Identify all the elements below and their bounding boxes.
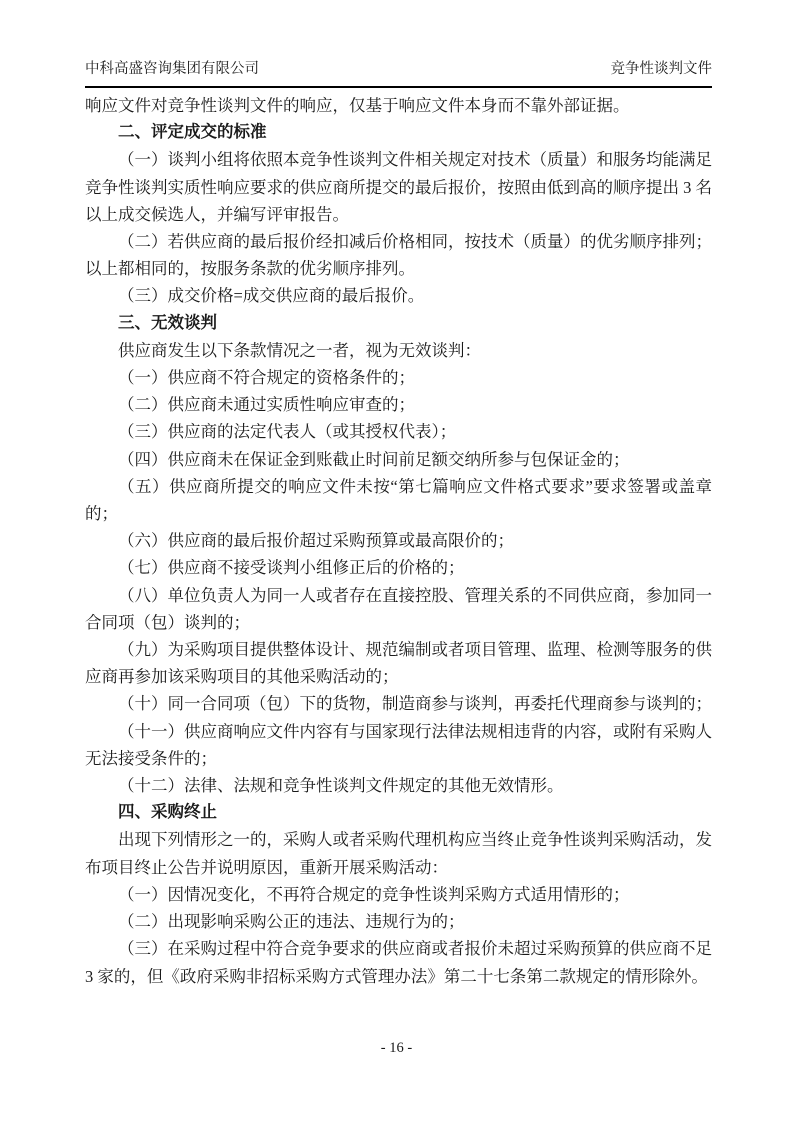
paragraph: （三）在采购过程中符合竞争要求的供应商或者报价未超过采购预算的供应商不足 3 家… <box>85 935 712 989</box>
page-footer: - 16 - <box>0 1040 793 1057</box>
paragraph: （九）为采购项目提供整体设计、规范编制或者项目管理、监理、检测等服务的供应商再参… <box>85 636 712 690</box>
paragraph: （十一）供应商响应文件内容有与国家现行法律法规相违背的内容，或附有采购人无法接受… <box>85 718 712 772</box>
paragraph: （七）供应商不接受谈判小组修正后的价格的； <box>85 554 712 581</box>
paragraph: 响应文件对竞争性谈判文件的响应，仅基于响应文件本身而不靠外部证据。 <box>85 92 712 119</box>
paragraph: （六）供应商的最后报价超过采购预算或最高限价的； <box>85 527 712 554</box>
paragraph: （一）供应商不符合规定的资格条件的； <box>85 364 712 391</box>
page-header: 中科高盛咨询集团有限公司 竞争性谈判文件 <box>85 58 712 88</box>
paragraph: （五）供应商所提交的响应文件未按“第七篇响应文件格式要求”要求签署或盖章的； <box>85 473 712 527</box>
paragraph: （八）单位负责人为同一人或者存在直接控股、管理关系的不同供应商，参加同一合同项（… <box>85 582 712 636</box>
header-doc-type: 竞争性谈判文件 <box>611 58 713 80</box>
paragraph: （三）供应商的法定代表人（或其授权代表）； <box>85 418 712 445</box>
header-company-name: 中科高盛咨询集团有限公司 <box>85 58 259 80</box>
paragraph: （十二）法律、法规和竞争性谈判文件规定的其他无效情形。 <box>85 772 712 799</box>
paragraph: （三）成交价格=成交供应商的最后报价。 <box>85 282 712 309</box>
paragraph: （二）出现影响采购公正的违法、违规行为的； <box>85 908 712 935</box>
paragraph: 出现下列情形之一的，采购人或者采购代理机构应当终止竞争性谈判采购活动，发布项目终… <box>85 826 712 880</box>
document-page: 中科高盛咨询集团有限公司 竞争性谈判文件 响应文件对竞争性谈判文件的响应，仅基于… <box>0 0 793 1122</box>
page-number: - 16 - <box>381 1040 412 1056</box>
paragraph: （二）供应商未通过实质性响应审查的； <box>85 391 712 418</box>
document-body: 响应文件对竞争性谈判文件的响应，仅基于响应文件本身而不靠外部证据。 二、评定成交… <box>85 92 712 990</box>
section-heading-evaluation-criteria: 二、评定成交的标准 <box>85 119 712 146</box>
section-heading-procurement-termination: 四、采购终止 <box>85 799 712 826</box>
paragraph: （一）谈判小组将依照本竞争性谈判文件相关规定对技术（质量）和服务均能满足竞争性谈… <box>85 146 712 228</box>
paragraph: （四）供应商未在保证金到账截止时间前足额交纳所参与包保证金的； <box>85 446 712 473</box>
paragraph: （一）因情况变化，不再符合规定的竞争性谈判采购方式适用情形的； <box>85 881 712 908</box>
paragraph: （二）若供应商的最后报价经扣减后价格相同，按技术（质量）的优劣顺序排列；以上都相… <box>85 228 712 282</box>
paragraph: （十）同一合同项（包）下的货物，制造商参与谈判，再委托代理商参与谈判的； <box>85 690 712 717</box>
paragraph: 供应商发生以下条款情况之一者，视为无效谈判： <box>85 337 712 364</box>
section-heading-invalid-negotiation: 三、无效谈判 <box>85 310 712 337</box>
